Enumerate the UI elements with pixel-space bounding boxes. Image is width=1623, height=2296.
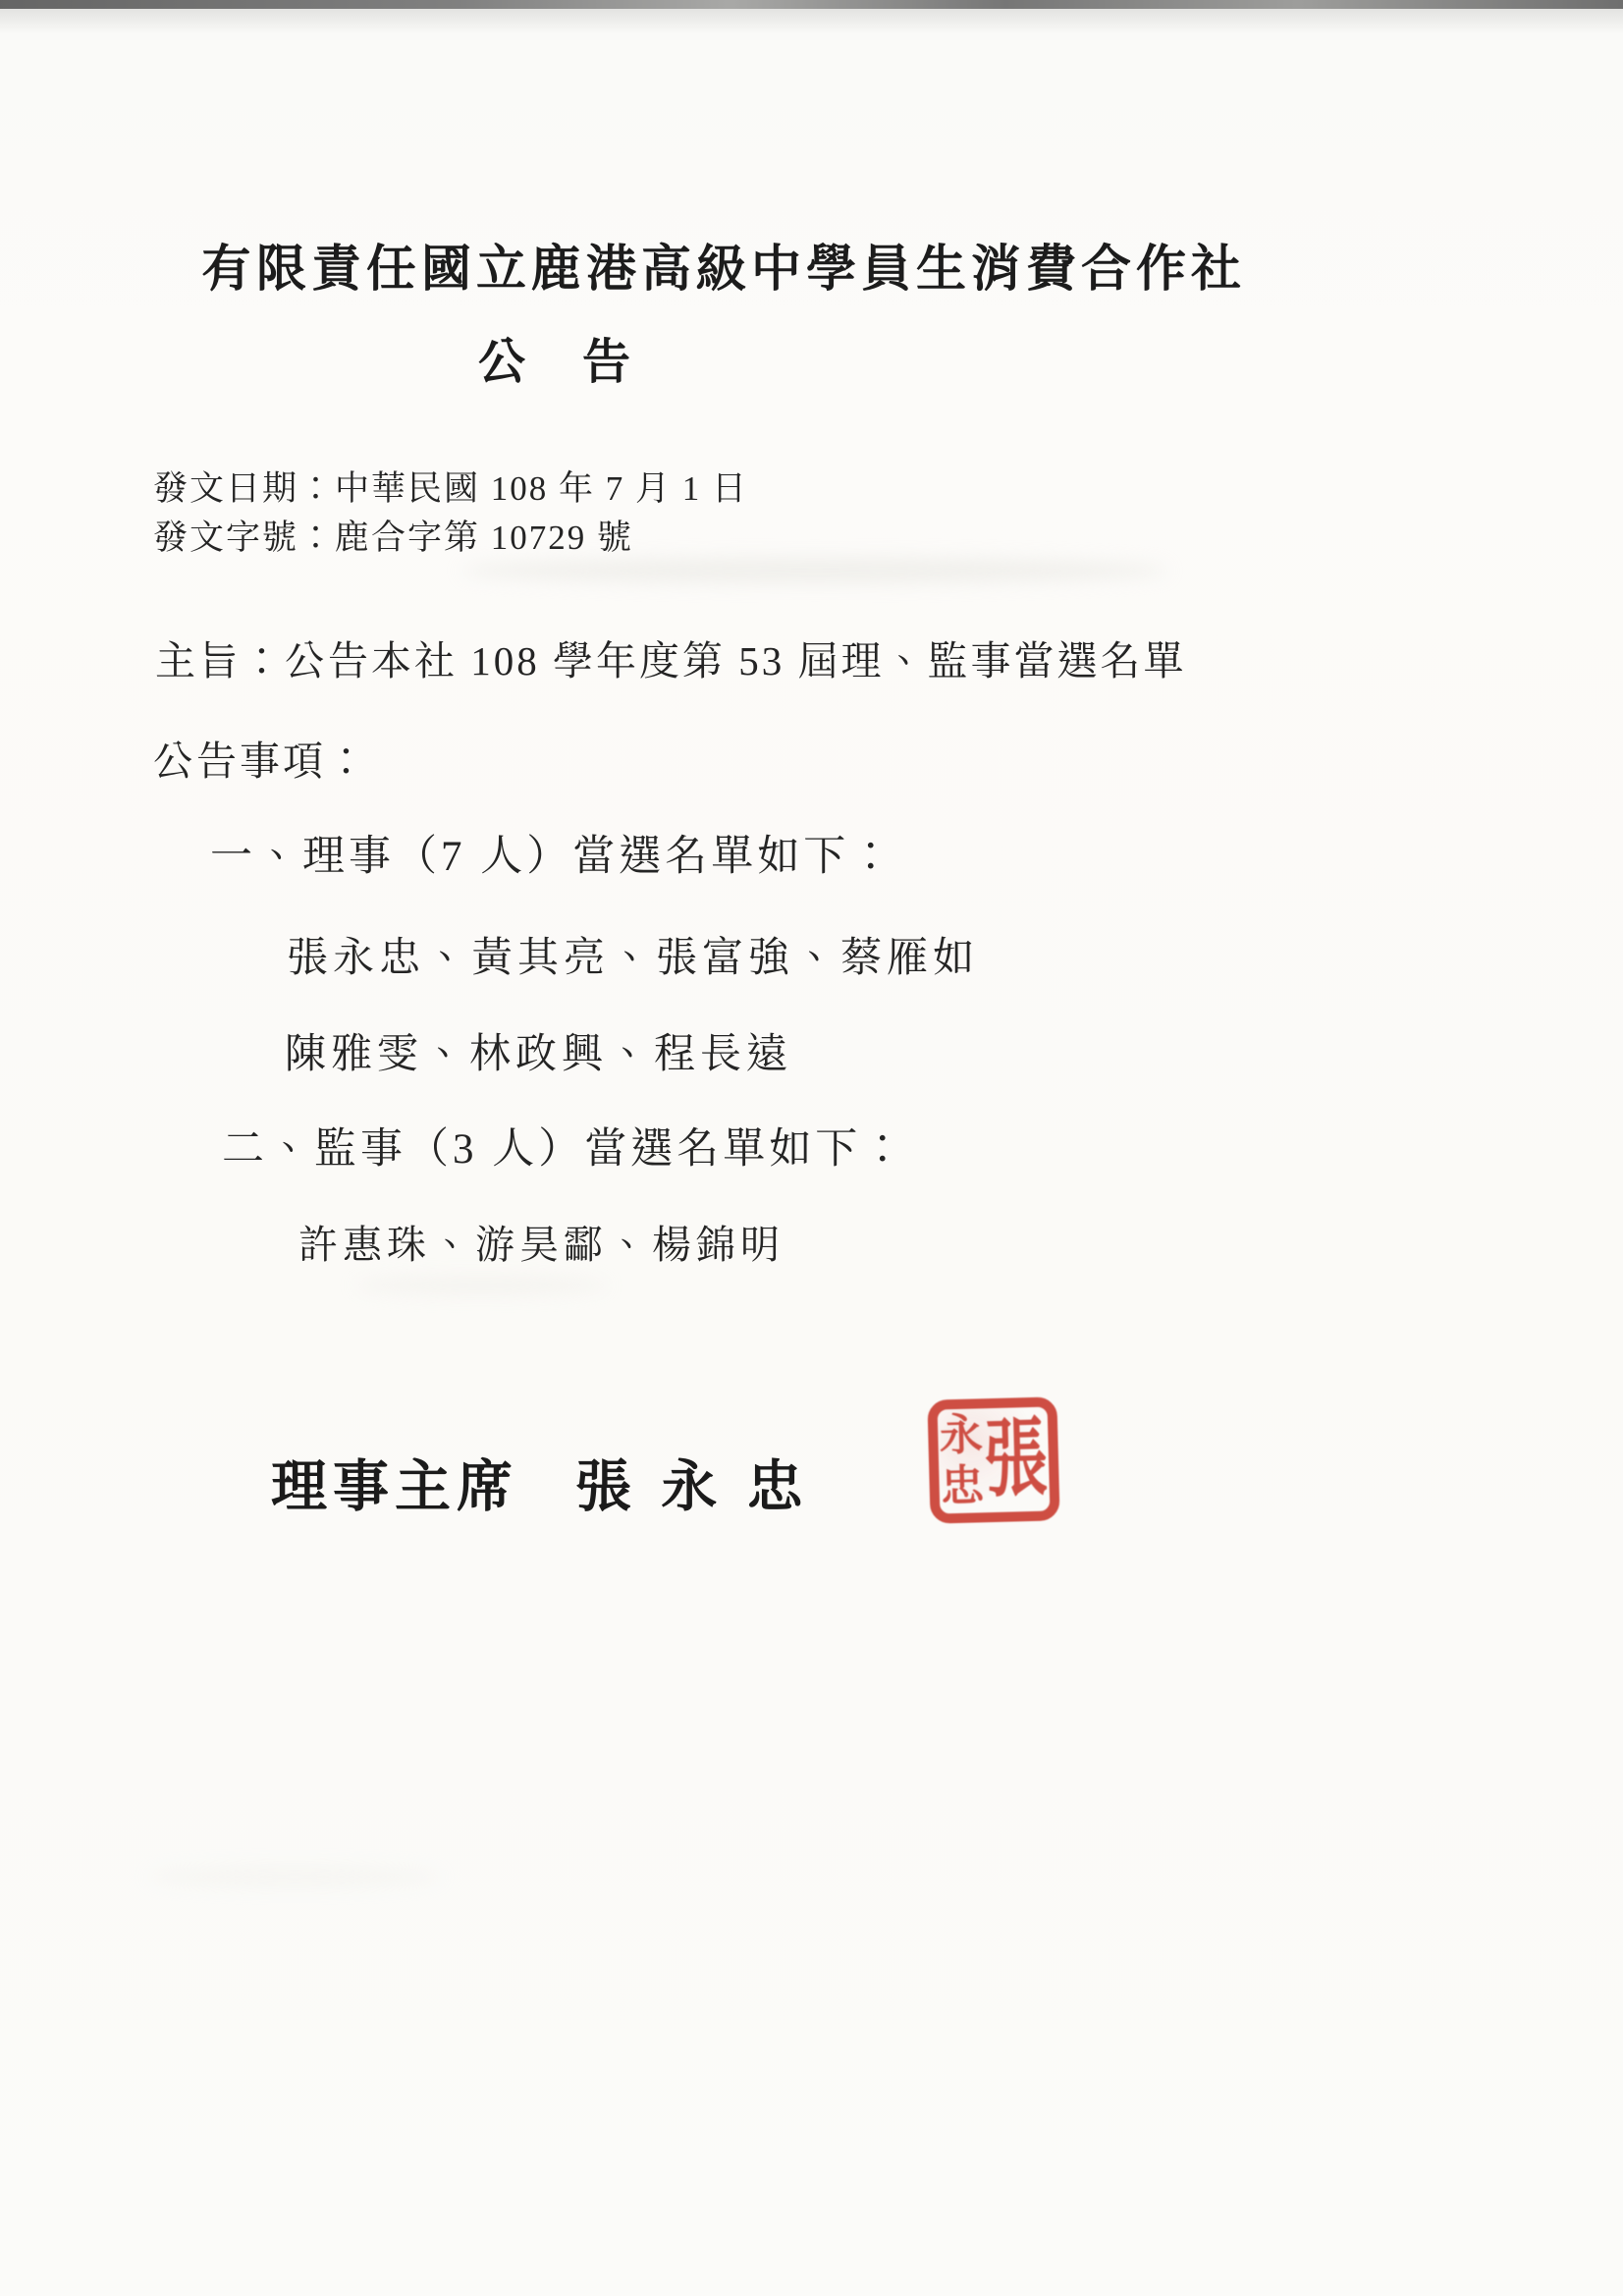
scan-smudge [353,1277,609,1294]
supervisors-name-line: 許惠珠、游昊酃、楊錦明 [298,1214,784,1270]
scanned-announcement-page: 有限責任國立鹿港高級中學員生消費合作社 公 告 發文日期：中華民國 108 年 … [0,0,1623,2296]
item-2-supervisors-heading: 二、監事（3 人）當選名單如下： [222,1116,907,1175]
directors-name-line-1: 張永忠、黃其亮、張富強、蔡雁如 [287,925,979,984]
seal-character-right: 張 [984,1416,1049,1503]
seal-left-column: 永 忠 [939,1413,984,1508]
seal-character-left-bottom: 忠 [940,1464,984,1508]
scan-smudge [147,1866,442,1887]
seal-character-left-top: 永 [939,1413,983,1457]
item-1-directors-heading: 一、理事（7 人）當選名單如下： [210,823,895,883]
document-subtitle-announcement: 公 告 [478,324,634,393]
subject-line: 主旨：公告本社 108 學年度第 53 屆理、監事當選名單 [155,629,1187,686]
signature-role: 理事主席 [271,1456,518,1518]
announcement-items-header: 公告事項： [153,729,369,787]
directors-name-line-2: 陳雅雯、林政興、程長遠 [285,1021,792,1080]
issue-date-line: 發文日期：中華民國 108 年 7 月 1 日 [153,462,748,511]
scan-smudge [461,558,1168,583]
scanner-edge-shadow [0,9,1623,34]
signature-name: 張 永 忠 [575,1456,811,1518]
signature-line: 理事主席張 永 忠 [271,1442,811,1522]
reference-number-line: 發文字號：鹿合字第 10729 號 [153,511,633,560]
document-title: 有限責任國立鹿港高級中學員生消費合作社 [201,228,1246,301]
scanner-edge-artifact [0,0,1623,9]
chairman-red-seal-stamp: 張 永 忠 [927,1396,1059,1523]
